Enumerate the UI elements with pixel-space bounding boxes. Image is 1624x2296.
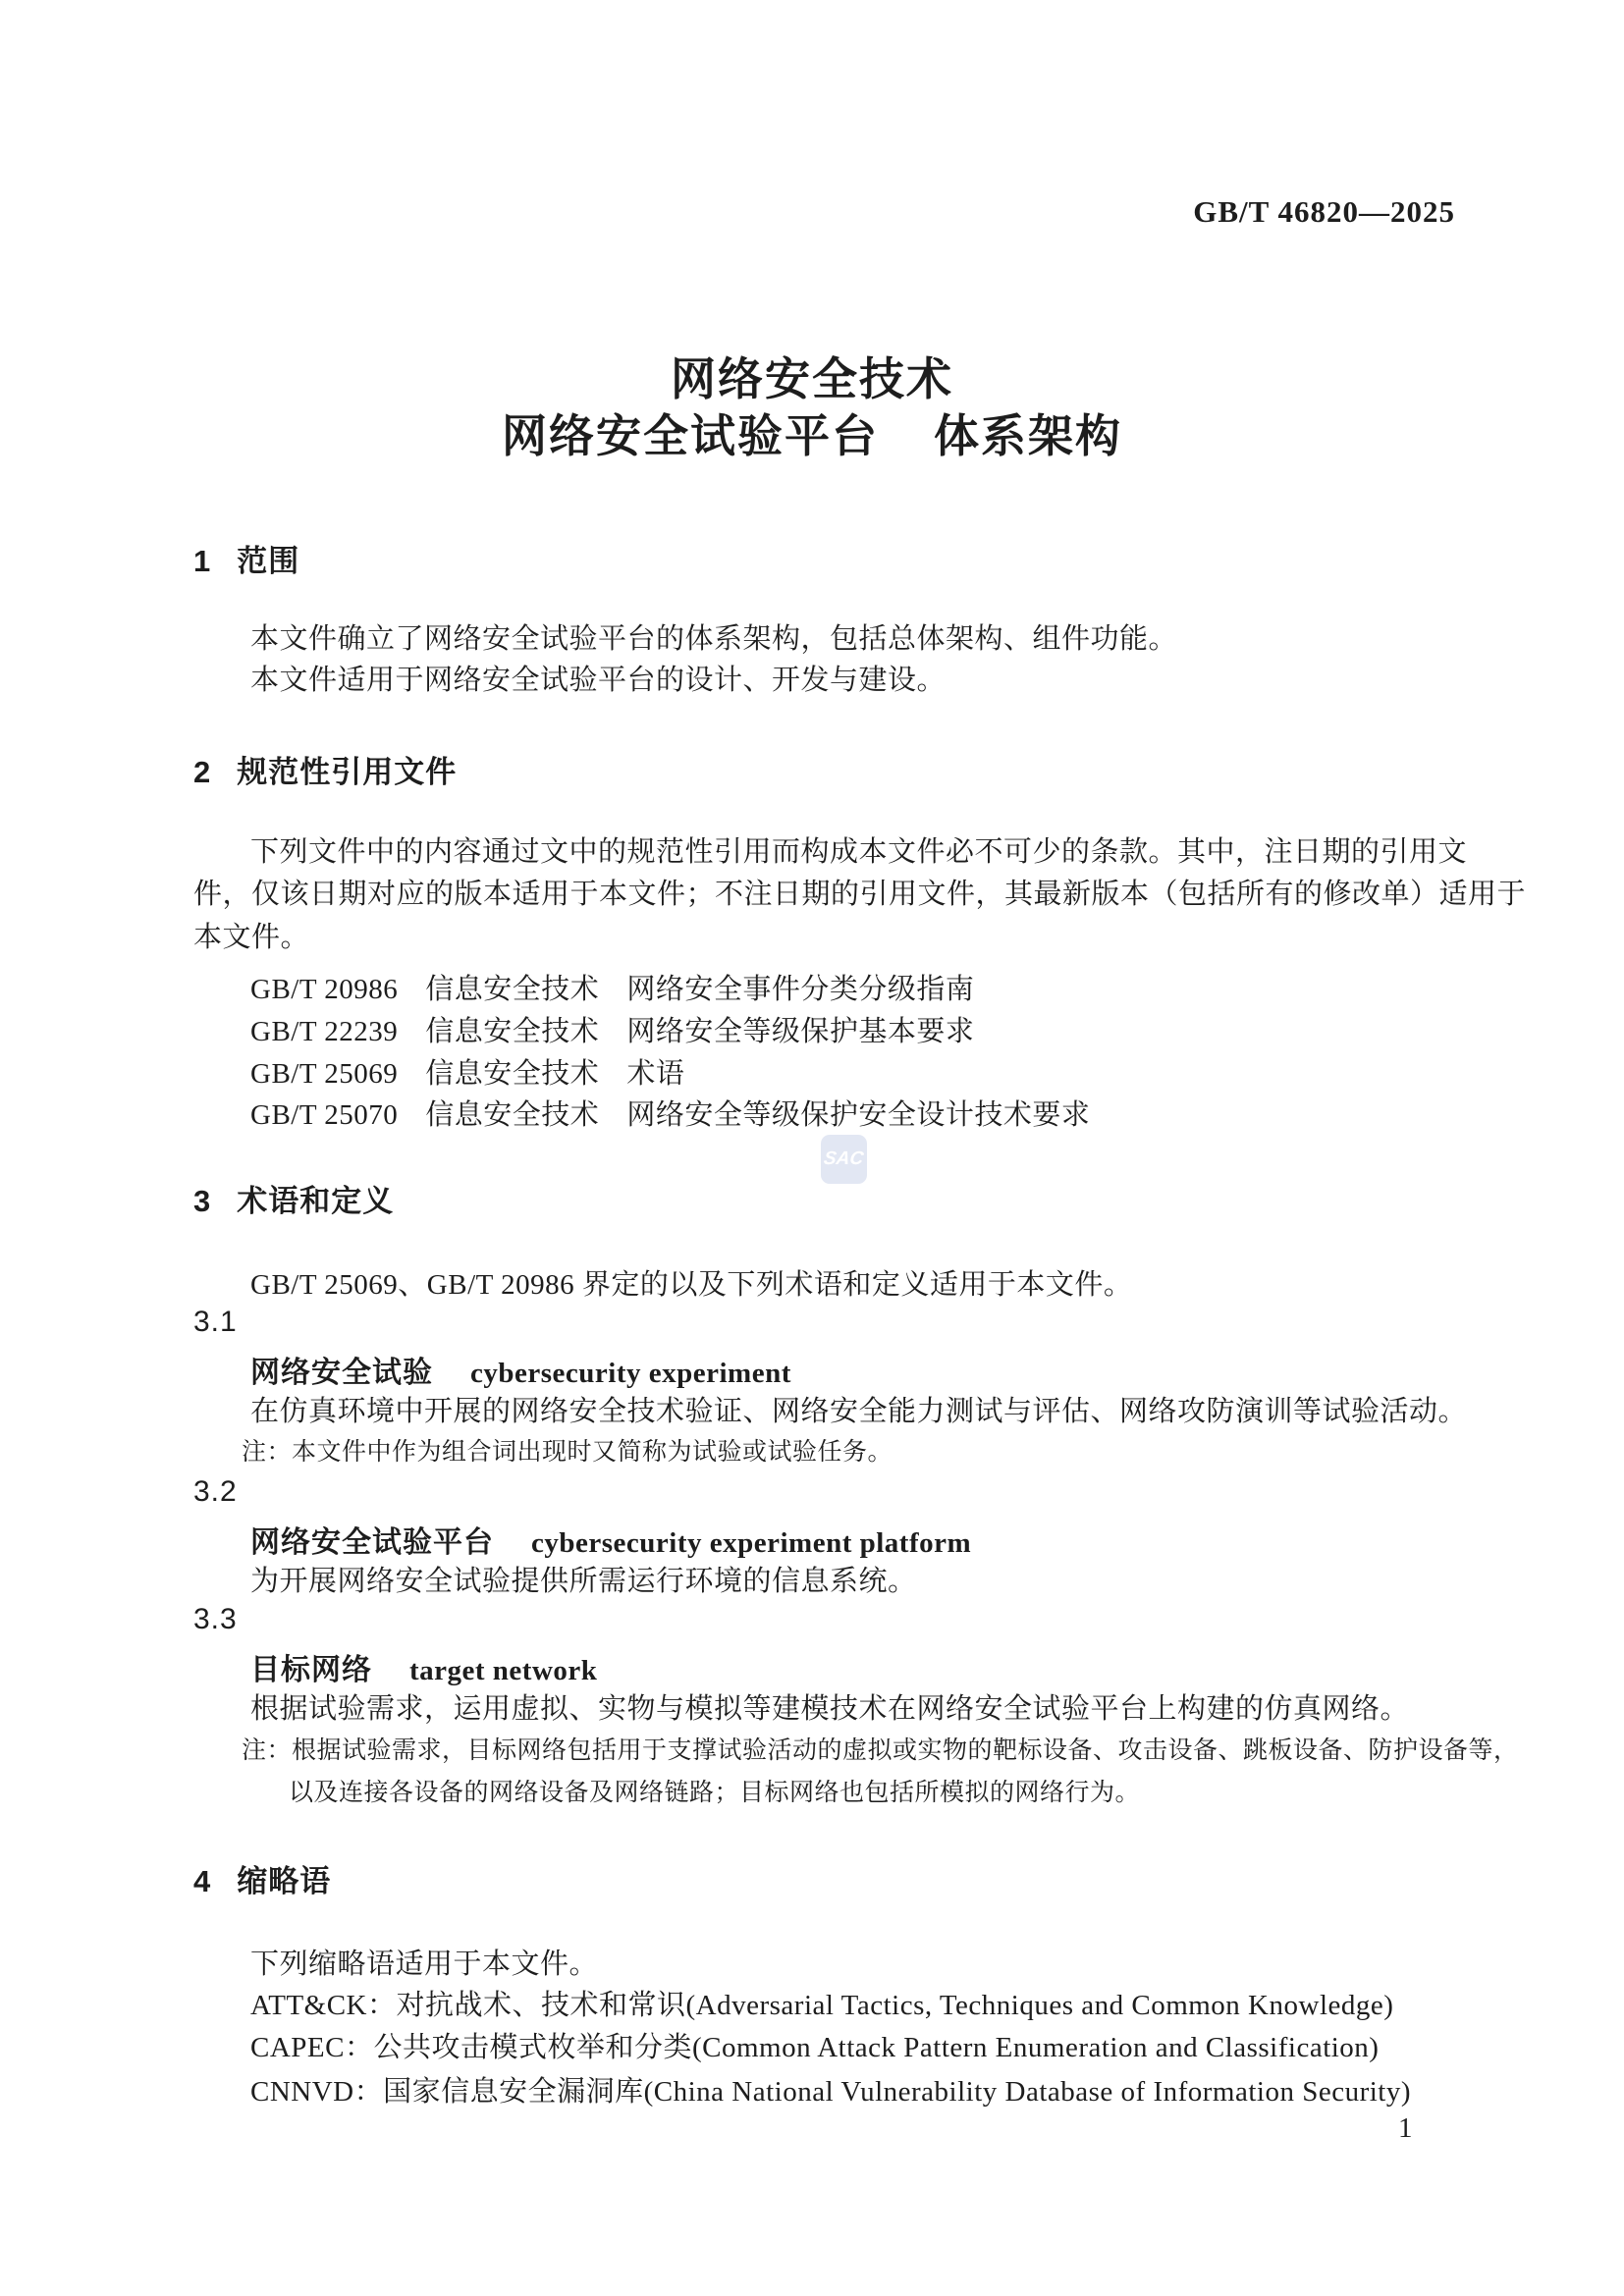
- section-1-number: 1: [193, 544, 211, 578]
- section-1-label: 范围: [237, 544, 299, 578]
- reference-field: 信息安全技术: [425, 1016, 599, 1047]
- references-intro-line2: 件，仅该日期对应的版本适用于本文件；不注日期的引用文件，其最新版本（包括所有的修…: [193, 872, 1526, 912]
- reference-title: 网络安全事件分类分级指南: [626, 974, 974, 1005]
- term-en-3-1: cybersecurity experiment: [470, 1358, 791, 1389]
- term-entry-3-2: 网络安全试验平台cybersecurity experiment platfor…: [250, 1518, 971, 1561]
- term-definition-3-1: 在仿真环境中开展的网络安全技术验证、网络安全能力测试与评估、网络攻防演训等试验活…: [250, 1389, 1467, 1429]
- term-entry-3-3: 目标网络target network: [250, 1645, 597, 1688]
- note-label: 注：: [242, 1439, 292, 1466]
- scope-paragraph-2: 本文件适用于网络安全试验平台的设计、开发与建设。: [250, 658, 946, 698]
- reference-code: GB/T 20986: [250, 974, 398, 1005]
- section-1-heading: 1范围: [193, 536, 299, 580]
- reference-title: 术语: [626, 1058, 684, 1090]
- clause-number-3-3: 3.3: [193, 1603, 238, 1636]
- section-3-number: 3: [193, 1184, 211, 1218]
- term-note-3-1: 注：本文件中作为组合词出现时又简称为试验或试验任务。: [242, 1432, 893, 1468]
- section-3-label: 术语和定义: [237, 1184, 394, 1218]
- reference-title: 网络安全等级保护安全设计技术要求: [626, 1099, 1090, 1131]
- document-title-line1: 网络安全技术: [177, 344, 1447, 408]
- term-en-3-2: cybersecurity experiment platform: [531, 1527, 971, 1559]
- sac-watermark-logo: SAC: [821, 1135, 867, 1184]
- references-intro-line1: 下列文件中的内容通过文中的规范性引用而构成本文件必不可少的条款。其中，注日期的引…: [250, 829, 1467, 870]
- reference-item: GB/T 20986信息安全技术网络安全事件分类分级指南: [250, 967, 974, 1007]
- terms-intro: GB/T 25069、GB/T 20986 界定的以及下列术语和定义适用于本文件…: [250, 1262, 1132, 1303]
- section-2-number: 2: [193, 755, 211, 789]
- term-note-3-3-line2: 以及连接各设备的网络设备及网络链路；目标网络也包括所模拟的网络行为。: [289, 1773, 1140, 1808]
- section-4-label: 缩略语: [237, 1864, 331, 1898]
- clause-number-3-2: 3.2: [193, 1475, 238, 1509]
- sac-watermark-text: SAC: [823, 1148, 865, 1170]
- term-entry-3-1: 网络安全试验cybersecurity experiment: [250, 1348, 791, 1391]
- reference-item: GB/T 25070信息安全技术网络安全等级保护安全设计技术要求: [250, 1093, 1090, 1133]
- reference-field: 信息安全技术: [425, 1058, 599, 1090]
- abbreviation-item: CNNVD：国家信息安全漏洞库(China National Vulnerabi…: [250, 2069, 1411, 2109]
- section-4-number: 4: [193, 1864, 211, 1898]
- term-definition-3-3: 根据试验需求，运用虚拟、实物与模拟等建模技术在网络安全试验平台上构建的仿真网络。: [250, 1686, 1409, 1727]
- section-2-label: 规范性引用文件: [237, 755, 457, 789]
- section-3-heading: 3术语和定义: [193, 1176, 394, 1220]
- document-page: GB/T 46820—2025 网络安全技术 网络安全试验平台体系架构 1范围 …: [0, 0, 1624, 2296]
- abbreviations-intro: 下列缩略语适用于本文件。: [250, 1942, 598, 1982]
- reference-item: GB/T 22239信息安全技术网络安全等级保护基本要求: [250, 1009, 974, 1049]
- document-title-line2: 网络安全试验平台体系架构: [177, 400, 1447, 465]
- term-zh-3-1: 网络安全试验: [250, 1357, 433, 1389]
- page-number: 1: [1398, 2112, 1413, 2145]
- title-line2-part1: 网络安全试验平台: [502, 410, 879, 461]
- term-zh-3-2: 网络安全试验平台: [250, 1526, 494, 1559]
- reference-code: GB/T 25070: [250, 1099, 398, 1131]
- reference-code: GB/T 22239: [250, 1016, 398, 1047]
- section-2-heading: 2规范性引用文件: [193, 747, 457, 791]
- reference-title: 网络安全等级保护基本要求: [626, 1016, 974, 1047]
- title-line2-part2: 体系架构: [934, 410, 1122, 461]
- reference-field: 信息安全技术: [425, 974, 599, 1005]
- note-text: 根据试验需求，目标网络包括用于支撑试验活动的虚拟或实物的靶标设备、攻击设备、跳板…: [292, 1737, 1519, 1764]
- abbreviation-item: ATT&CK：对抗战术、技术和常识(Adversarial Tactics, T…: [250, 1983, 1393, 2023]
- abbreviation-item: CAPEC：公共攻击模式枚举和分类(Common Attack Pattern …: [250, 2025, 1379, 2065]
- reference-item: GB/T 25069信息安全技术术语: [250, 1051, 684, 1092]
- reference-field: 信息安全技术: [425, 1099, 599, 1131]
- term-zh-3-3: 目标网络: [250, 1654, 372, 1686]
- references-intro-line3: 本文件。: [193, 915, 309, 955]
- scope-paragraph-1: 本文件确立了网络安全试验平台的体系架构，包括总体架构、组件功能。: [250, 616, 1177, 657]
- note-text: 本文件中作为组合词出现时又简称为试验或试验任务。: [292, 1439, 893, 1466]
- clause-number-3-1: 3.1: [193, 1306, 238, 1339]
- note-label: 注：: [242, 1737, 292, 1764]
- section-4-heading: 4缩略语: [193, 1856, 331, 1900]
- term-note-3-3-line1: 注：根据试验需求，目标网络包括用于支撑试验活动的虚拟或实物的靶标设备、攻击设备、…: [242, 1731, 1519, 1766]
- standard-code-header: GB/T 46820—2025: [1193, 194, 1455, 230]
- term-definition-3-2: 为开展网络安全试验提供所需运行环境的信息系统。: [250, 1559, 917, 1599]
- term-en-3-3: target network: [409, 1655, 597, 1686]
- reference-code: GB/T 25069: [250, 1058, 398, 1090]
